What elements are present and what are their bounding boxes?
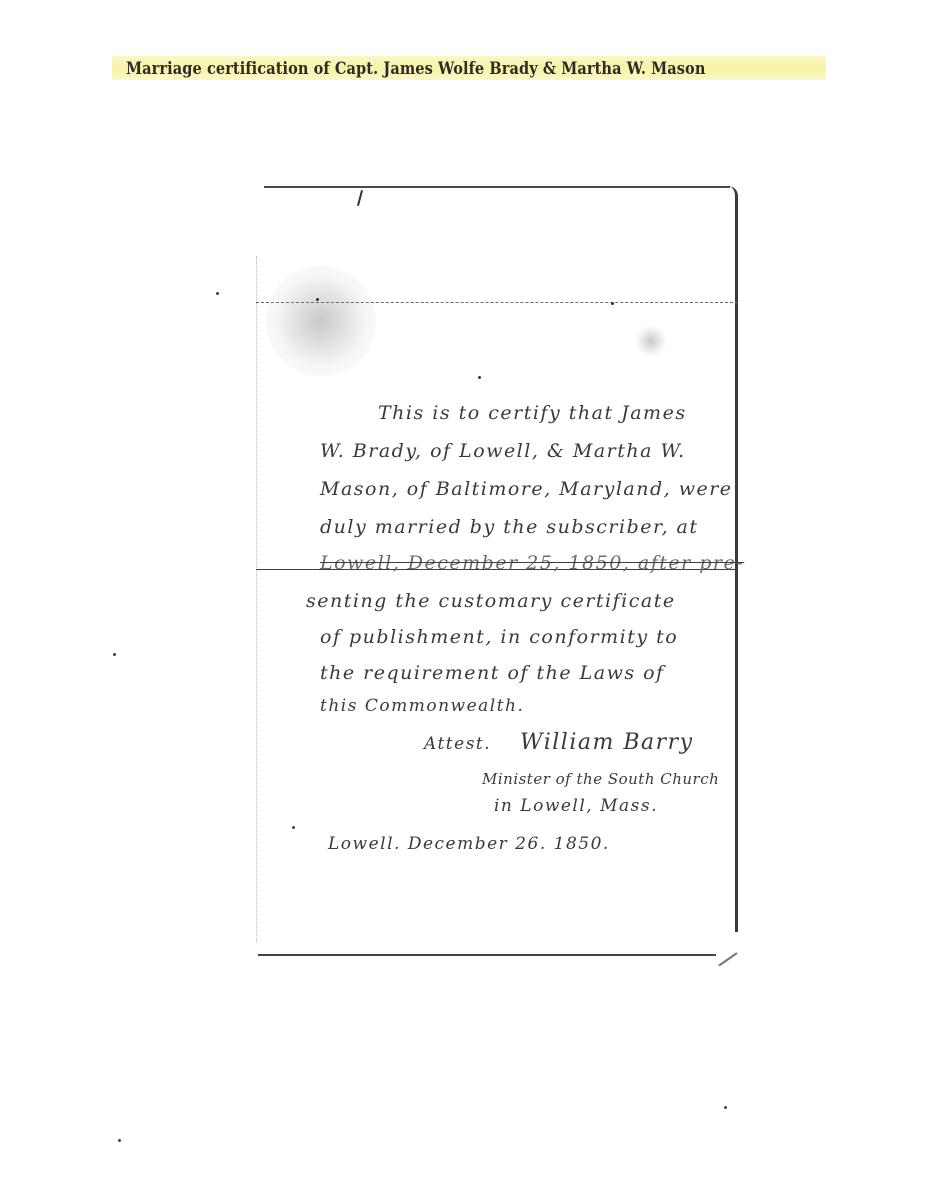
scan-speck: [724, 1106, 727, 1109]
paper-corner: [718, 952, 737, 966]
speck: [316, 298, 319, 301]
speck: [611, 302, 614, 305]
handwritten-line-struck: Lowell, December 25, 1850, after pre-: [320, 552, 744, 574]
handwritten-line: senting the customary certificate: [306, 590, 676, 612]
signatory-title: Minister of the South Church: [482, 770, 719, 788]
caption-text: Marriage certification of Capt. James Wo…: [126, 59, 705, 78]
scan-speck: [118, 1139, 121, 1142]
speck: [478, 376, 481, 379]
dateline: Lowell. December 26. 1850.: [328, 834, 610, 854]
paper-edge-left: [256, 256, 257, 942]
handwritten-line: this Commonwealth.: [320, 696, 524, 716]
stain: [636, 326, 666, 356]
handwritten-line: Mason, of Baltimore, Maryland, were: [320, 478, 733, 500]
signature: William Barry: [520, 730, 694, 755]
document-caption: Marriage certification of Capt. James Wo…: [112, 56, 826, 80]
handwritten-line: the requirement of the Laws of: [320, 662, 665, 684]
handwritten-line: W. Brady, of Lowell, & Martha W.: [320, 440, 686, 462]
certificate-scan: This is to certify that James W. Brady, …: [256, 186, 738, 956]
stain: [266, 266, 376, 376]
scan-speck: [292, 826, 295, 829]
scan-speck: [113, 653, 116, 656]
paper-edge-bottom: [258, 954, 716, 956]
ink-mark: [357, 190, 363, 206]
handwritten-line: This is to certify that James: [378, 402, 687, 424]
handwritten-line: duly married by the subscriber, at: [320, 516, 699, 538]
handwritten-line: of publishment, in conformity to: [320, 626, 678, 648]
signatory-location: in Lowell, Mass.: [494, 796, 658, 816]
attest-label: Attest.: [424, 734, 491, 754]
scan-speck: [216, 292, 219, 295]
paper-edge-top: [264, 186, 730, 188]
